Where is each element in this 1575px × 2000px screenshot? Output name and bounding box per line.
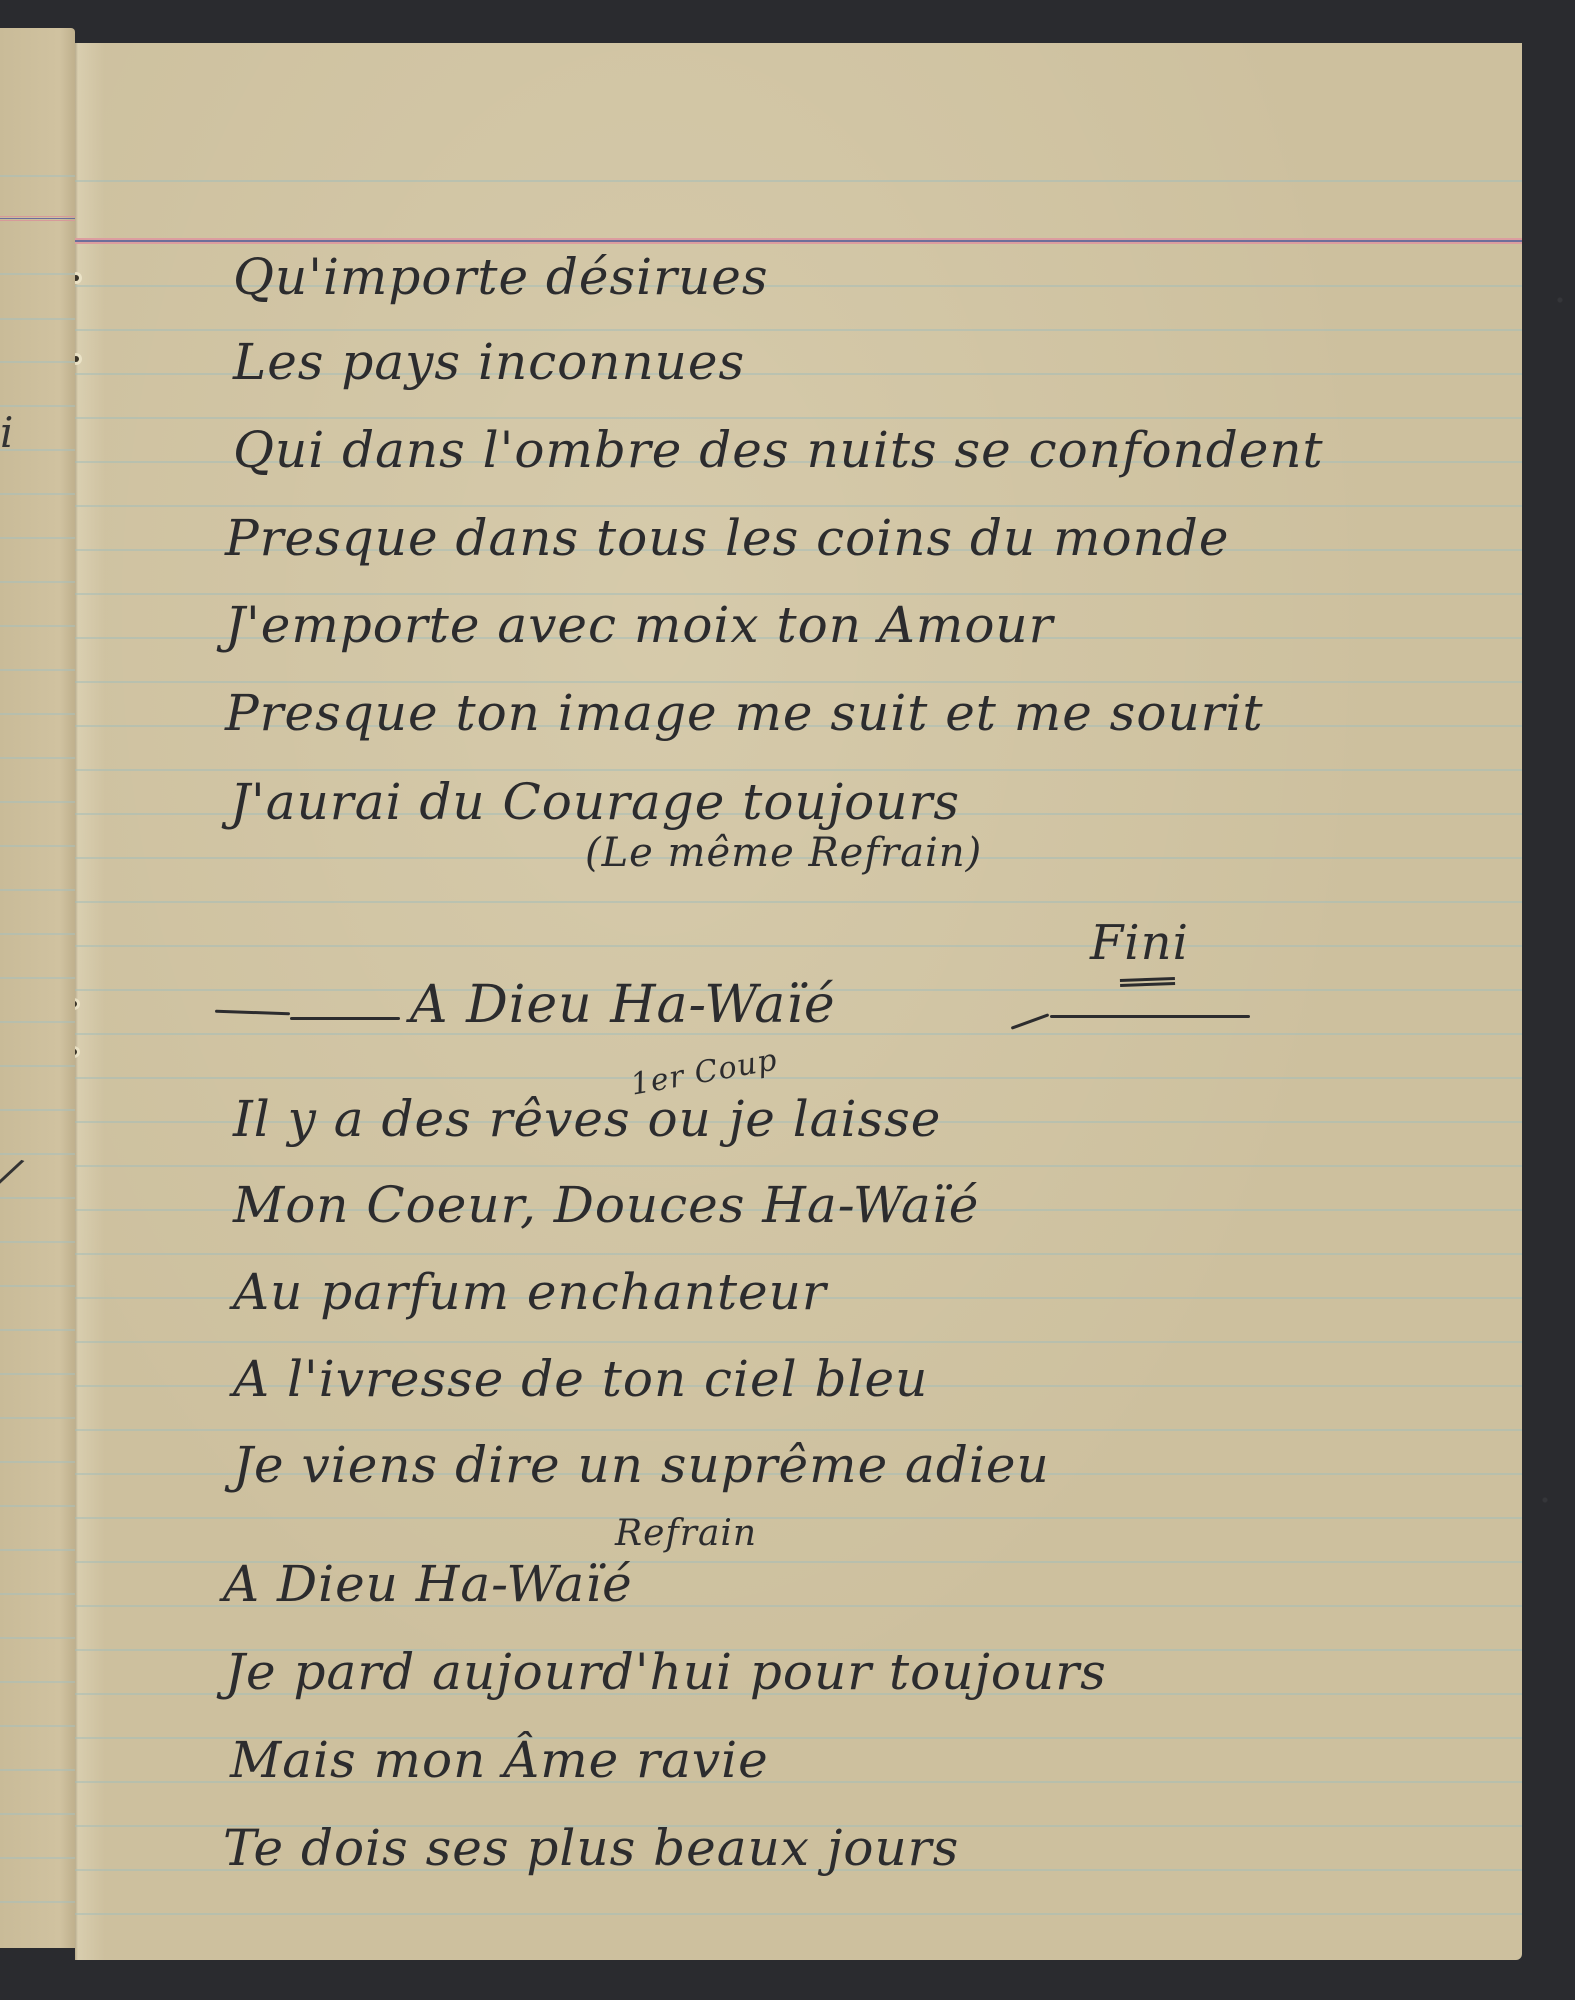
refrain-annotation: (Le même Refrain)	[585, 830, 982, 876]
song-title: A Dieu Ha-Waïé	[410, 975, 836, 1035]
ruled-line	[0, 1241, 75, 1243]
ruled-line	[0, 889, 75, 891]
title-swash-left	[290, 1017, 400, 1020]
lyric-line: A Dieu Ha-Waïé	[223, 1555, 633, 1613]
ruled-line	[75, 593, 1522, 595]
lyric-line: Presque ton image me suit et me sourit	[225, 684, 1264, 742]
ruled-line	[75, 1253, 1522, 1255]
ruled-line	[75, 1517, 1522, 1519]
ruled-line	[0, 669, 75, 671]
ending-mark: Fini	[1090, 915, 1189, 971]
ruled-line	[0, 1021, 75, 1023]
ruled-line	[0, 1901, 75, 1903]
ruled-line	[0, 1109, 75, 1111]
ruled-line	[75, 1165, 1522, 1167]
ruled-line	[0, 757, 75, 759]
lyric-line: Au parfum enchanteur	[233, 1263, 827, 1321]
ruled-line	[0, 273, 75, 275]
ruled-line	[75, 1077, 1522, 1079]
notebook-page: Qu'importe désirues Les pays inconnues Q…	[75, 43, 1522, 1960]
ruled-line	[75, 329, 1522, 331]
title-swash-right	[1011, 1013, 1050, 1029]
ruled-line	[75, 681, 1522, 683]
ruled-line	[0, 1373, 75, 1375]
ruled-line	[75, 1913, 1522, 1915]
ruled-line	[0, 625, 75, 627]
title-swash-left	[215, 1010, 290, 1016]
ruled-line	[0, 1725, 75, 1727]
left-page-fragment: i	[0, 408, 13, 457]
lyric-line: Qui dans l'ombre des nuits se confondent	[233, 421, 1324, 479]
ending-underline	[1120, 977, 1175, 987]
lyric-line: Il y a des rêves ou je laisse	[233, 1090, 941, 1148]
ruled-line	[0, 977, 75, 979]
ruled-line	[0, 1857, 75, 1859]
ruled-line	[75, 769, 1522, 771]
ruled-line	[0, 581, 75, 583]
ruled-line	[0, 1813, 75, 1815]
previous-page-edge: i /	[0, 28, 75, 1948]
ruled-line	[75, 1341, 1522, 1343]
ruled-line	[0, 1549, 75, 1551]
ruled-line	[0, 933, 75, 935]
lyric-line: Mais mon Âme ravie	[230, 1731, 769, 1789]
ruled-line	[0, 318, 75, 320]
ruled-line	[75, 901, 1522, 903]
ruled-line	[0, 493, 75, 495]
ruled-line	[75, 945, 1522, 947]
lyric-line: Les pays inconnues	[233, 333, 745, 391]
ruled-line	[75, 505, 1522, 507]
lyric-line: Presque dans tous les coins du monde	[225, 509, 1229, 567]
ruled-line	[0, 845, 75, 847]
ruled-line	[0, 1681, 75, 1683]
ruled-line	[0, 1593, 75, 1595]
lyric-line: Je viens dire un suprême adieu	[233, 1436, 1050, 1494]
lyric-line: J'aurai du Courage toujours	[230, 773, 960, 831]
ruled-line	[0, 537, 75, 539]
header-margin-rule	[0, 216, 75, 221]
lyric-line: Qu'importe désirues	[233, 248, 769, 306]
ruled-line	[0, 1461, 75, 1463]
ruled-line	[75, 417, 1522, 419]
title-swash-right	[1050, 1015, 1250, 1018]
lyric-line: J'emporte avec moix ton Amour	[225, 596, 1054, 654]
ruled-line	[0, 405, 75, 407]
ruled-line	[0, 801, 75, 803]
ruled-line	[0, 1285, 75, 1287]
ruled-line	[0, 1637, 75, 1639]
lyric-line: Je pard aujourd'hui pour toujours	[225, 1643, 1107, 1701]
lyric-line: A l'ivresse de ton ciel bleu	[233, 1350, 928, 1408]
ruled-line	[75, 1429, 1522, 1431]
refrain-label: Refrain	[615, 1513, 757, 1554]
ruled-line	[0, 1417, 75, 1419]
ruled-line	[0, 1197, 75, 1199]
ruled-line	[0, 175, 75, 177]
ruled-line	[0, 361, 75, 363]
lyric-line: Te dois ses plus beaux jours	[223, 1819, 959, 1877]
ruled-line	[0, 1505, 75, 1507]
binding-hole	[75, 275, 79, 281]
binding-hole	[75, 356, 79, 362]
ruled-line	[0, 1065, 75, 1067]
lyric-line: Mon Coeur, Douces Ha-Waïé	[233, 1176, 979, 1234]
header-margin-rule	[75, 238, 1522, 244]
ruled-line	[0, 1769, 75, 1771]
ruled-line	[75, 180, 1522, 182]
ruled-line	[0, 713, 75, 715]
ruled-line	[0, 1329, 75, 1331]
